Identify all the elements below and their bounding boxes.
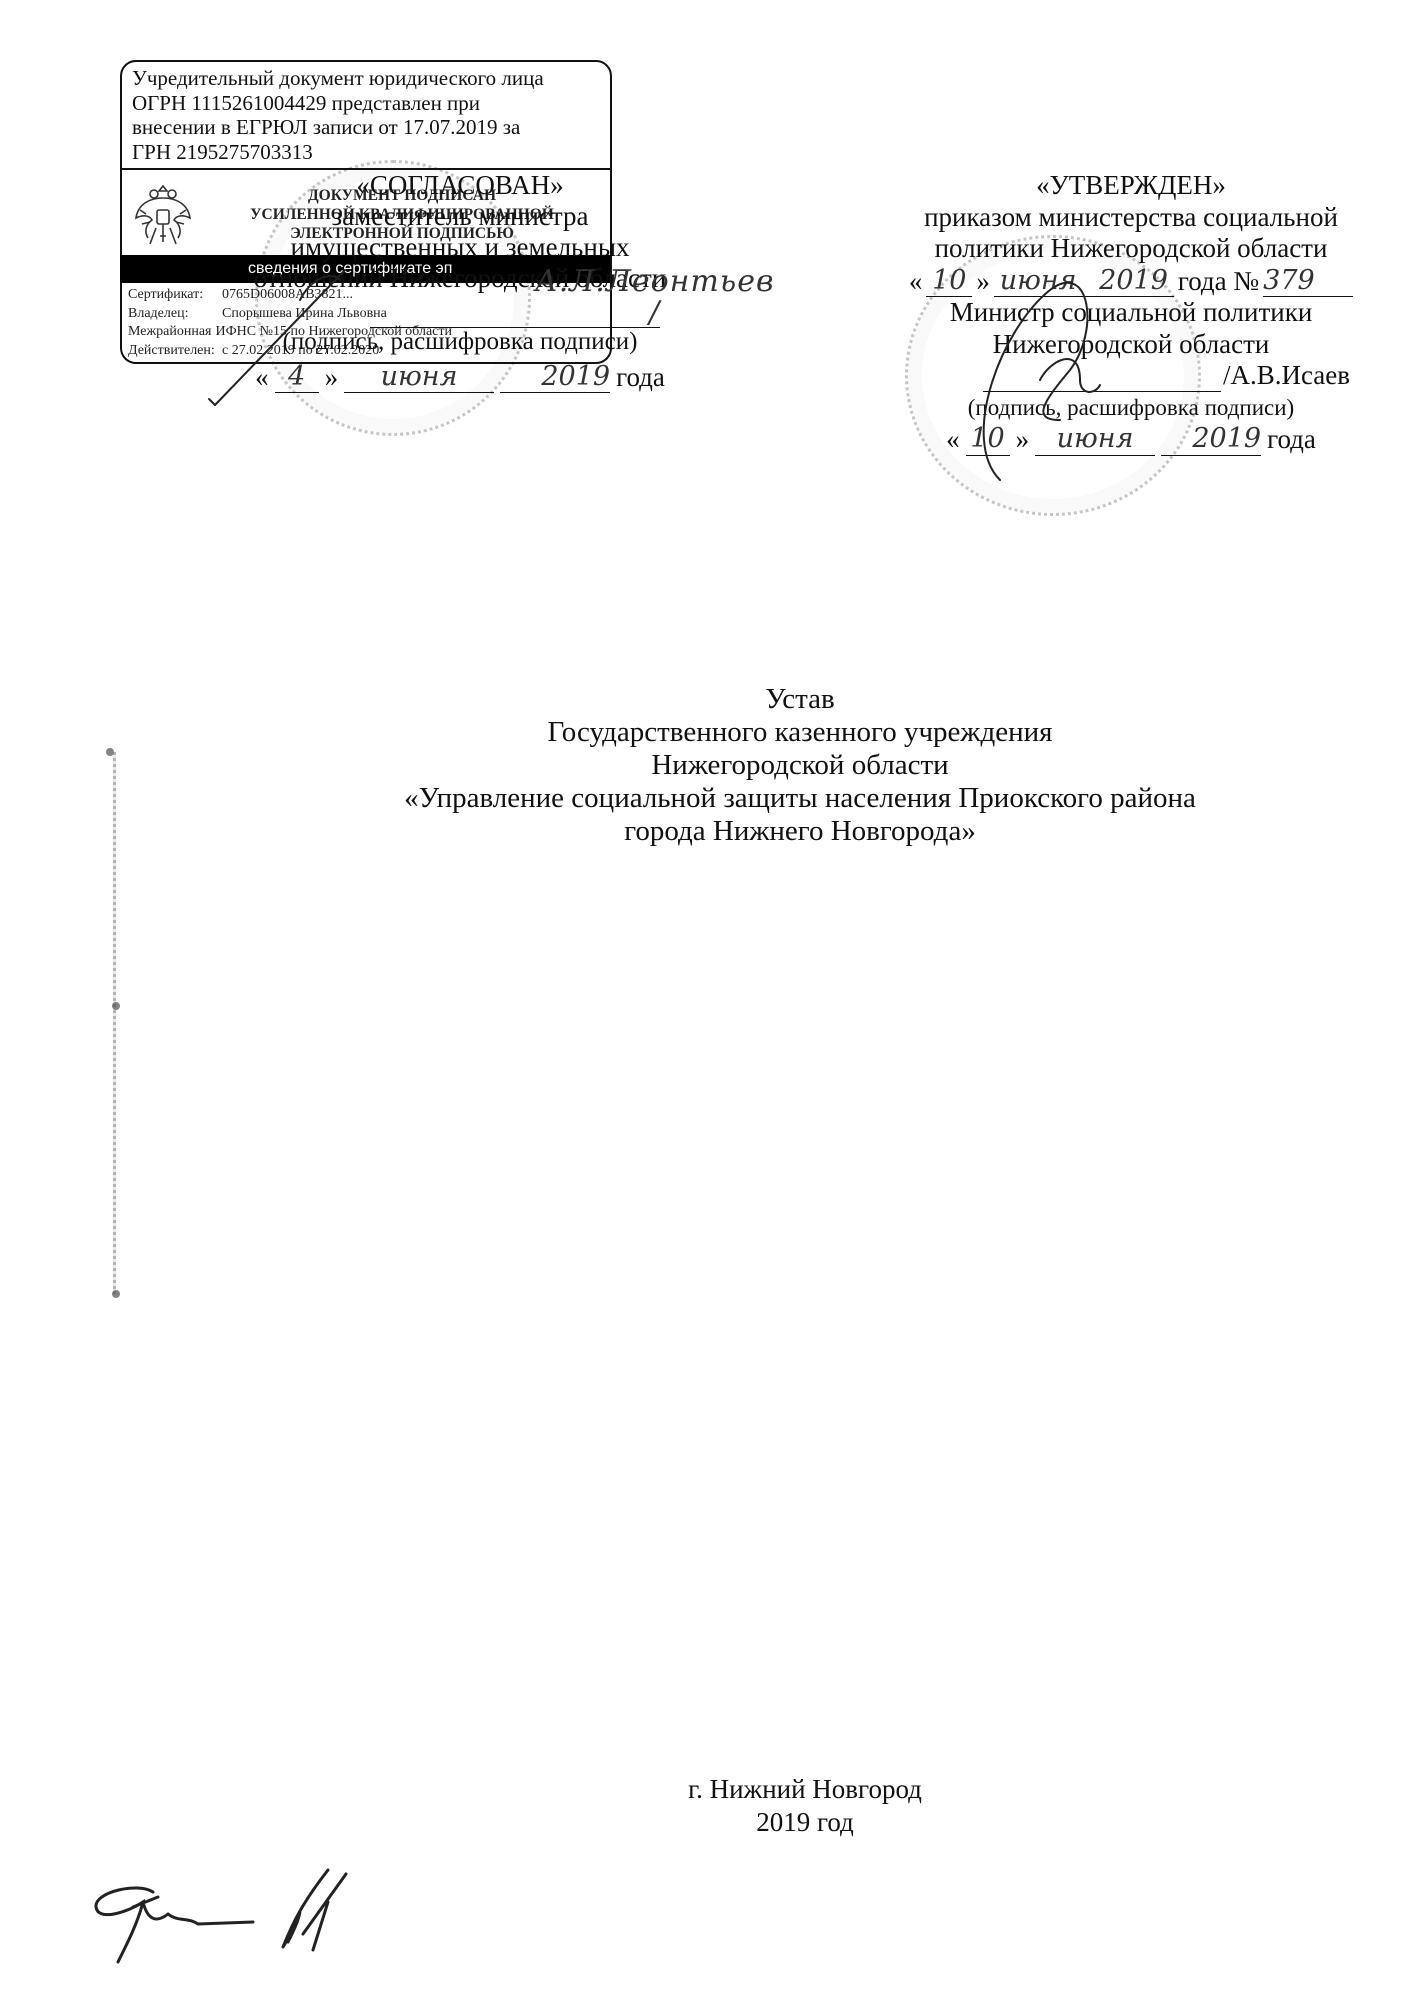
egrul-text: Учредительный документ юридического лица…: [132, 66, 602, 164]
agreed-date: « 4 » июня 2019 года: [230, 361, 690, 393]
document-title: Устав Государственного казенного учрежде…: [400, 683, 1200, 848]
title-line: города Нижнего Новгорода»: [400, 815, 1200, 848]
title-line: Устав: [400, 683, 1200, 716]
order-date-number: « 10 » июня 2019 года № 379: [900, 265, 1362, 298]
year: 2019 год: [605, 1806, 1005, 1839]
order-number: 379: [1263, 265, 1353, 298]
binding-mark: [112, 1290, 120, 1298]
minister-line: Нижегородской области: [900, 329, 1362, 361]
approved-date: « 10 » июня 2019 года: [900, 423, 1362, 456]
approved-block: «УТВЕРЖДЕН» приказом министерства социал…: [900, 170, 1362, 456]
place-and-year: г. Нижний Новгород 2019 год: [605, 1773, 1005, 1839]
coat-of-arms-icon: [130, 180, 196, 252]
order-suffix: года №: [1178, 266, 1259, 298]
quote-open: «: [909, 266, 923, 298]
quote-close: »: [325, 362, 339, 393]
egrul-line: Учредительный документ юридического лица: [132, 66, 602, 91]
title-line: «Управление социальной защиты населения …: [400, 782, 1200, 815]
date-year: 2019: [1161, 423, 1261, 456]
agreed-line: имущественных и земельных: [230, 232, 690, 263]
city: г. Нижний Новгород: [605, 1773, 1005, 1806]
approved-line: политики Нижегородской области: [900, 233, 1362, 265]
order-day: 10: [926, 265, 972, 298]
minister-signature-row: /А.В.Исаев: [900, 360, 1362, 392]
date-year: 2019: [500, 361, 610, 393]
quote-open: «: [946, 424, 960, 456]
quote-close: »: [1016, 424, 1030, 456]
date-day: 4: [275, 361, 319, 393]
minister-line: Министр социальной политики: [900, 297, 1362, 329]
egrul-line: ГРН 2195275703313: [132, 140, 602, 165]
title-line: Нижегородской области: [400, 749, 1200, 782]
cert-label: Действителен:: [128, 342, 222, 361]
agreed-line: заместитель министра: [230, 201, 690, 232]
binding-mark: [106, 748, 114, 756]
title-line: Государственного казенного учреждения: [400, 716, 1200, 749]
date-suffix: года: [616, 362, 665, 393]
handwritten-name: А.Л.Леонтьев /: [535, 266, 774, 328]
binding-line: [113, 752, 116, 1294]
quote-close: »: [976, 266, 990, 298]
agreed-block: «СОГЛАСОВАН» заместитель министра имущес…: [230, 170, 690, 393]
order-year: 2019: [1099, 265, 1168, 296]
order-month-year: июня 2019: [994, 265, 1174, 298]
approved-line: приказом министерства социальной: [900, 202, 1362, 234]
date-day: 10: [966, 423, 1010, 456]
quote-open: «: [255, 362, 269, 393]
date-month: июня: [1035, 423, 1155, 456]
agreed-heading: «СОГЛАСОВАН»: [230, 170, 690, 201]
date-suffix: года: [1267, 424, 1316, 456]
cert-label: Сертификат:: [128, 286, 222, 305]
cert-label: Владелец:: [128, 305, 222, 324]
binding-mark: [112, 1002, 120, 1010]
signer-name: /А.В.Исаев: [1223, 360, 1350, 392]
egrul-line: внесении в ЕГРЮЛ записи от 17.07.2019 за: [132, 115, 602, 140]
approved-heading: «УТВЕРЖДЕН»: [900, 170, 1362, 202]
signature-underline: [983, 363, 1221, 392]
signature-caption: (подпись, расшифровка подписи): [900, 392, 1362, 424]
egrul-line: ОГРН 1115261004429 представлен при: [132, 91, 602, 116]
cert-label: Межрайонная: [128, 323, 212, 342]
order-month: июня: [1000, 265, 1077, 296]
bottom-signatures: [88, 1862, 348, 1972]
agreed-signature-line: А.Л.Леонтьев /: [230, 296, 690, 332]
date-month: июня: [344, 361, 494, 393]
